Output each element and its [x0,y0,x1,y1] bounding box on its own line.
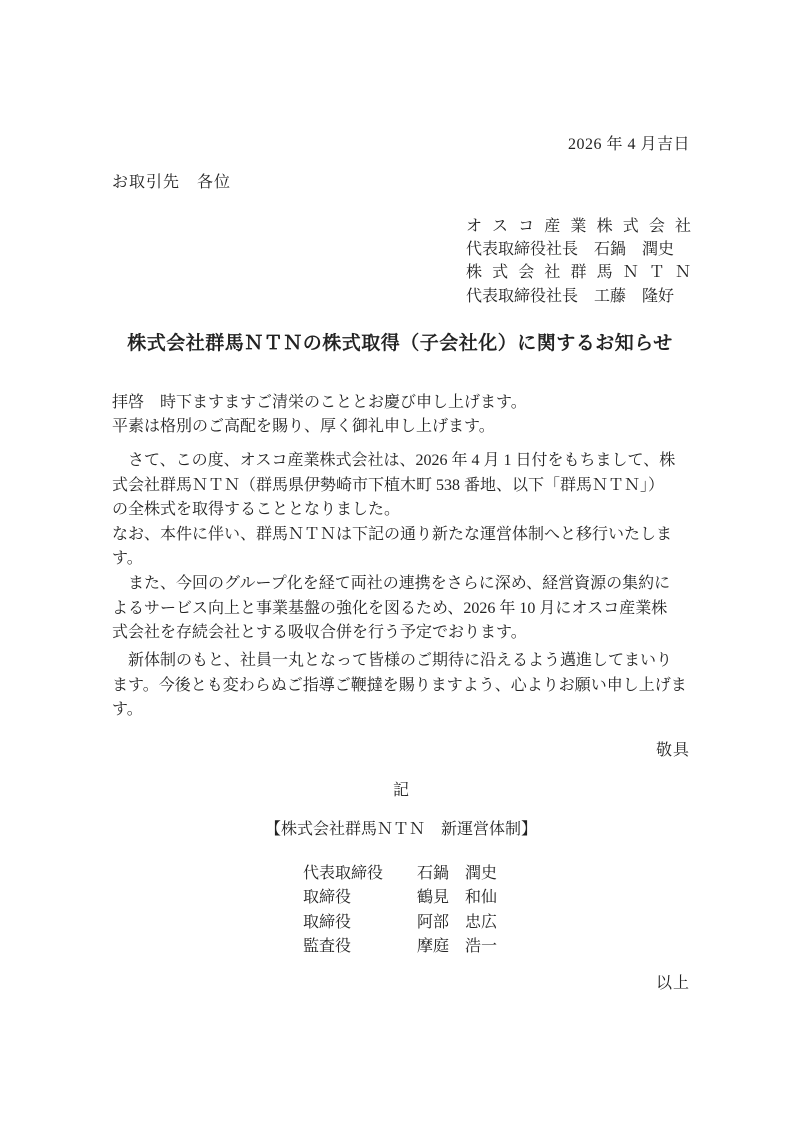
officer-role: 取締役 [303,886,417,910]
officer-name: 鶴見 和仙 [417,886,497,910]
body-line: の全株式を取得することとなりました。 [112,498,690,523]
officer-list: 代表取締役 石鍋 潤史 取締役 鶴見 和仙 取締役 阿部 忠広 監査役 摩庭 浩… [303,862,497,959]
greeting-line: 拝啓 時下ますますご清栄のこととお慶び申し上げます。 [112,391,690,415]
body-line: よるサービス向上と事業基盤の強化を図るため、2026 年 10 月にオスコ産業株 [112,597,690,622]
officer-role: 代表取締役 [303,862,417,886]
body-line: 新体制のもと、社員一丸となって皆様のご期待に沿えるよう邁進してまいり [112,649,690,674]
document-page: 2026 年 4 月吉日 お取引先 各位 オスコ産業株式会社 代表取締役社長 石… [0,0,800,1132]
body-line: 式会社群馬ＮＴＮ（群馬県伊勢崎市下植木町 538 番地、以下「群馬ＮＴＮ」） [112,474,690,499]
section-header: 【株式会社群馬ＮＴＮ 新運営体制】 [112,818,690,842]
sender-representative-2: 代表取締役社長 工藤 隆好 [466,285,691,308]
body-line: す。 [112,698,690,723]
officer-name: 石鍋 潤史 [417,862,497,886]
officer-row: 取締役 阿部 忠広 [303,911,497,935]
recipient-line: お取引先 各位 [112,171,231,195]
body-paragraph-2: 新体制のもと、社員一丸となって皆様のご期待に沿えるよう邁進してまいり ます。今後… [112,649,690,723]
greeting-paragraph: 拝啓 時下ますますご清栄のこととお慶び申し上げます。 平素は格別のご高配を賜り、… [112,391,690,440]
officer-row: 監査役 摩庭 浩一 [303,935,497,959]
body-line: 式会社を存続会社とする吸収合併を行う予定でおります。 [112,621,690,646]
document-title: 株式会社群馬ＮＴＮの株式取得（子会社化）に関するお知らせ [100,330,700,358]
officer-name: 摩庭 浩一 [417,935,497,959]
sender-block: オスコ産業株式会社 代表取締役社長 石鍋 潤史 株式会社群馬ＮＴＮ 代表取締役社… [466,215,691,308]
sender-company-1: オスコ産業株式会社 [466,215,691,238]
body-line: す。 [112,547,690,572]
body-line: ます。今後とも変わらぬご指導ご鞭撻を賜りますよう、心よりお願い申し上げま [112,674,690,699]
officer-row: 代表取締役 石鍋 潤史 [303,862,497,886]
officer-role: 取締役 [303,911,417,935]
sender-company-2: 株式会社群馬ＮＴＮ [466,261,691,284]
record-mark: 記 [112,779,690,803]
officer-row: 取締役 鶴見 和仙 [303,886,497,910]
sender-representative-1: 代表取締役社長 石鍋 潤史 [466,238,691,261]
closing-keigu: 敬具 [112,739,690,763]
end-mark: 以上 [112,972,690,996]
body-paragraph-1: さて、この度、オスコ産業株式会社は、2026 年 4 月 1 日付をもちまして、… [112,449,690,646]
body-line: なお、本件に伴い、群馬ＮＴＮは下記の通り新たな運営体制へと移行いたしま [112,523,690,548]
date-line: 2026 年 4 月吉日 [112,133,690,157]
body-line: また、今回のグループ化を経て両社の連携をさらに深め、経営資源の集約に [112,572,690,597]
greeting-line: 平素は格別のご高配を賜り、厚く御礼申し上げます。 [112,415,690,439]
body-line: さて、この度、オスコ産業株式会社は、2026 年 4 月 1 日付をもちまして、… [112,449,690,474]
officer-name: 阿部 忠広 [417,911,497,935]
officer-role: 監査役 [303,935,417,959]
